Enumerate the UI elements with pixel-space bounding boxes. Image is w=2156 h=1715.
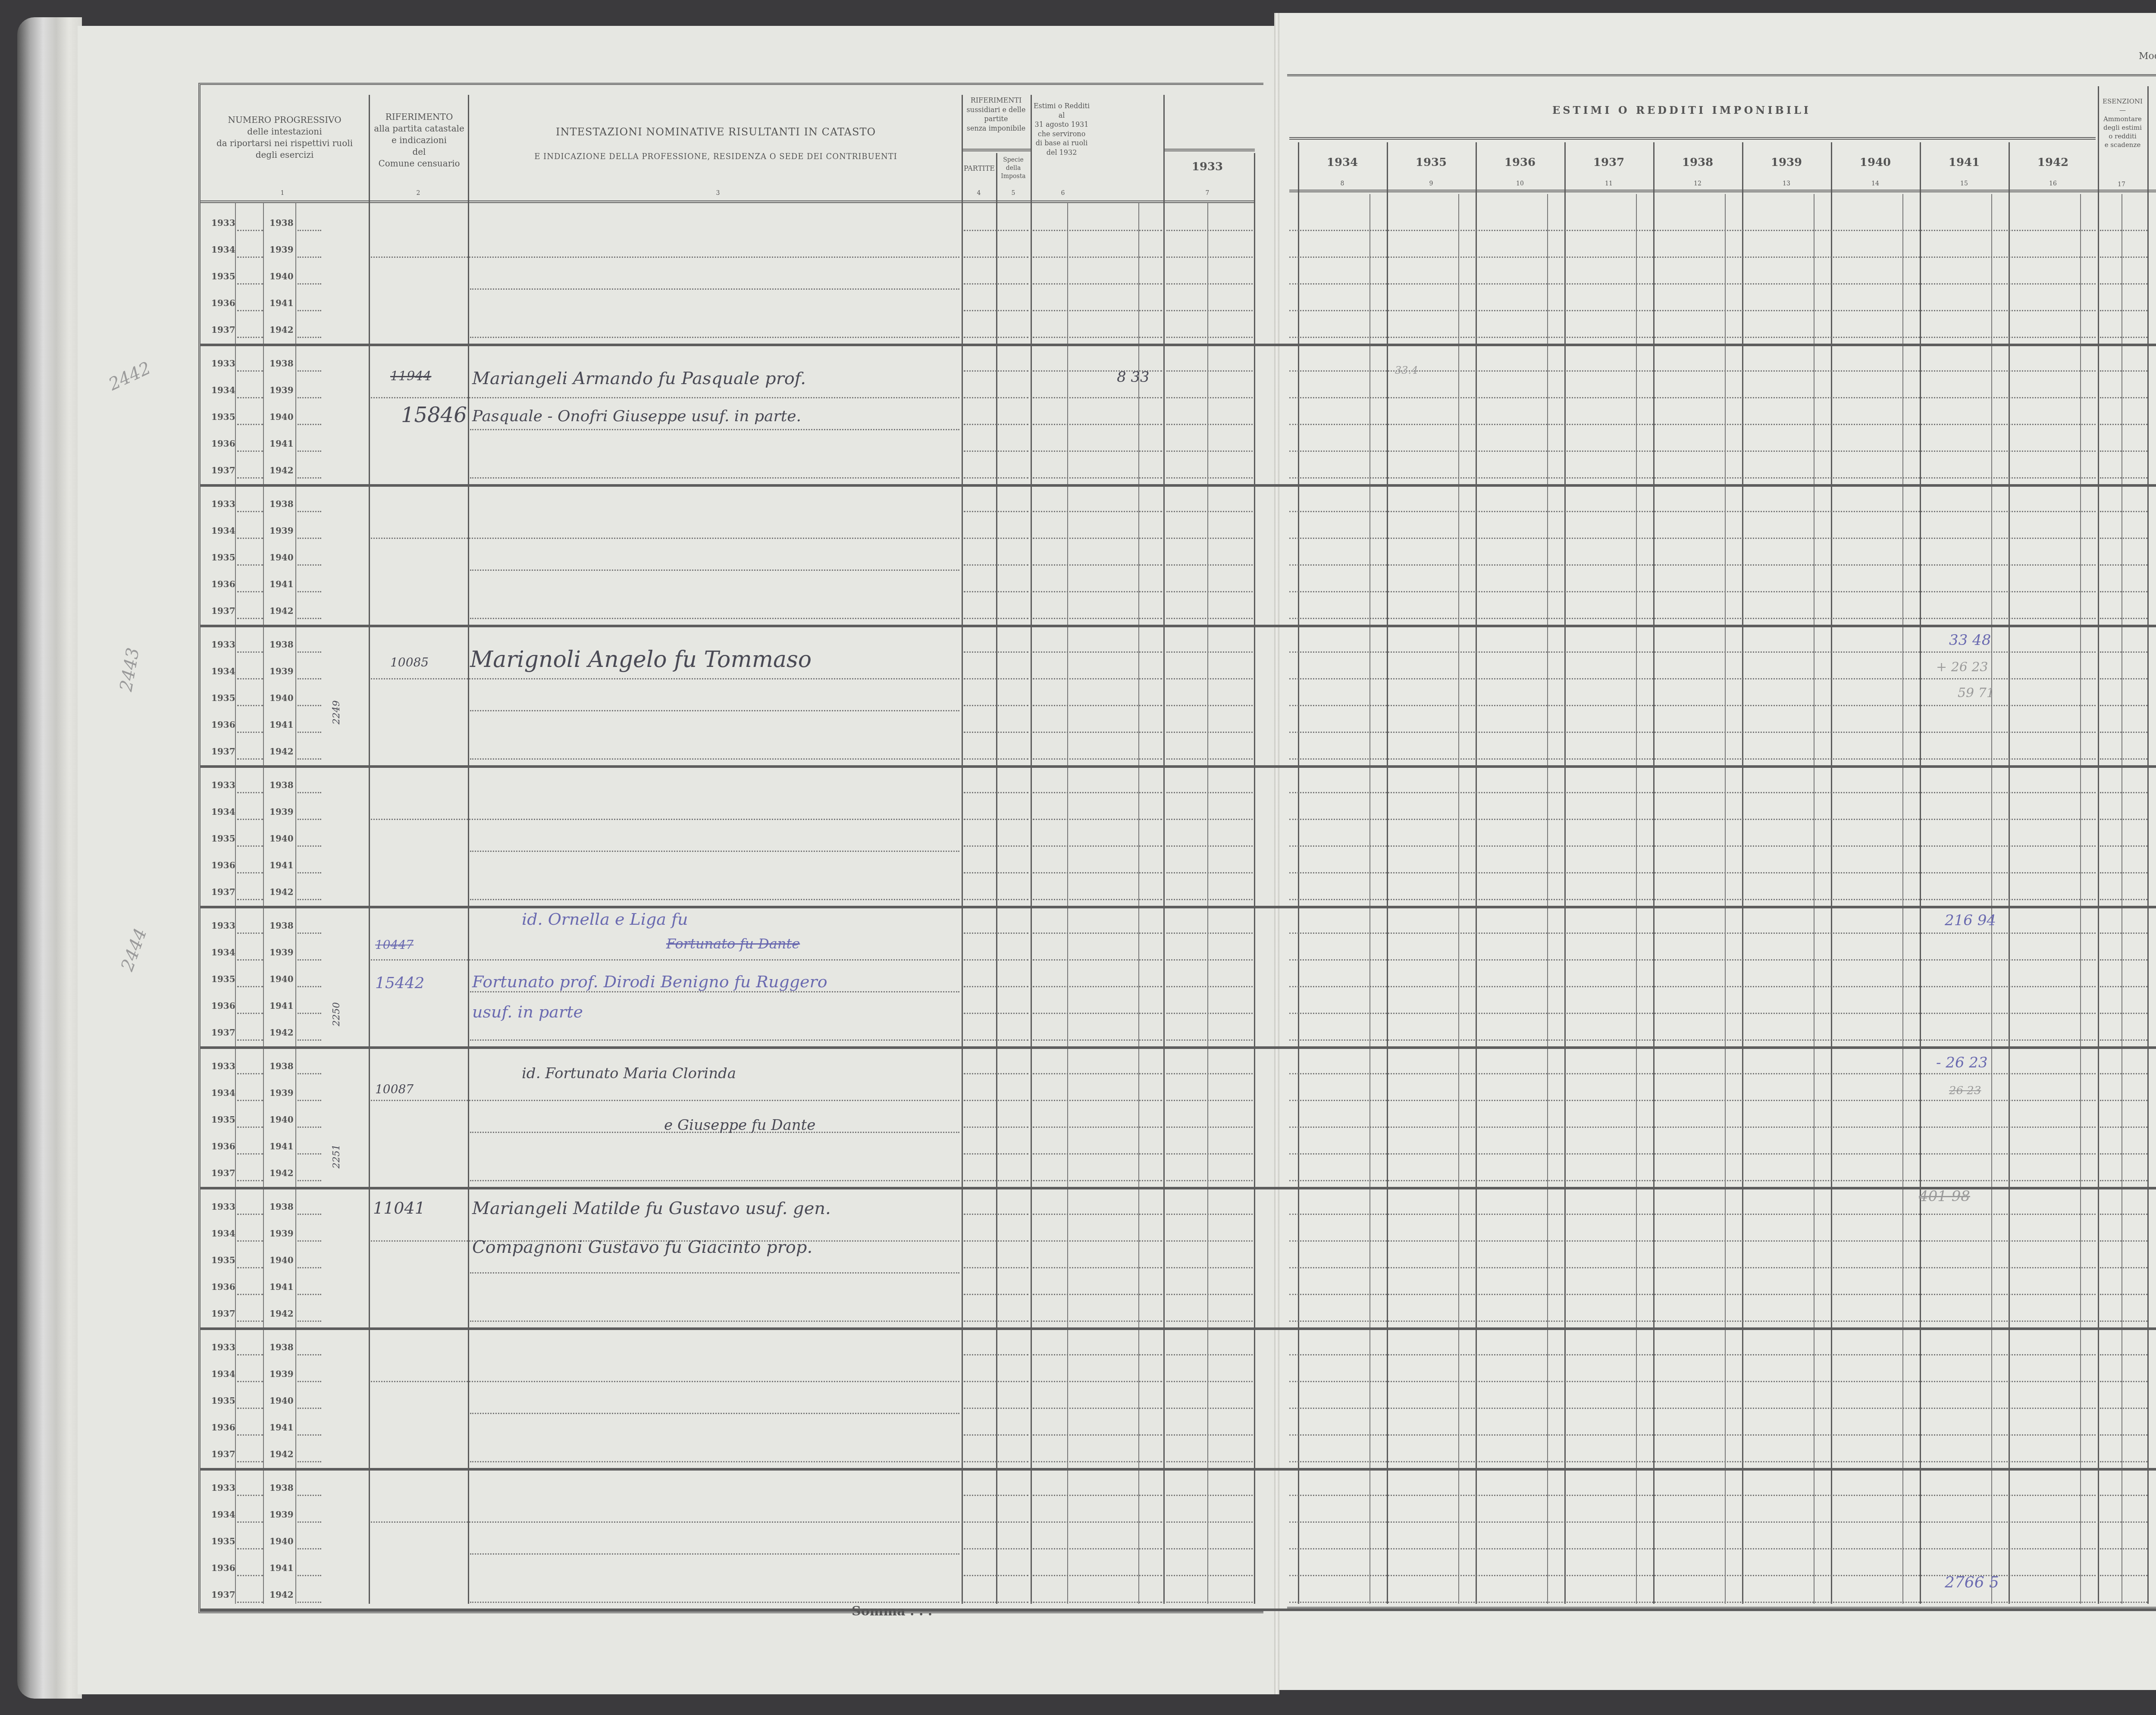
estimo-1941-total: 59 71 <box>1958 685 1995 701</box>
dotted-entry-line <box>371 397 959 398</box>
dotted-entry-line <box>1033 678 1162 679</box>
dotted-entry-line <box>237 705 263 706</box>
dotted-entry-line <box>2100 872 2147 873</box>
dotted-entry-line <box>298 1013 321 1014</box>
header-partite: PARTITE <box>962 164 996 173</box>
dotted-entry-line <box>237 283 263 285</box>
dotted-entry-line <box>237 1214 263 1215</box>
dotted-entry-line <box>237 591 263 592</box>
row-year-label: 1942 <box>269 1168 294 1178</box>
row-year-label: 1941 <box>269 579 294 589</box>
dotted-entry-line <box>2100 986 2147 987</box>
dotted-entry-line <box>2100 1153 2147 1155</box>
dotted-entry-line <box>1166 1073 1253 1074</box>
dotted-entry-line <box>1166 477 1253 479</box>
row-year-label: 1941 <box>269 1001 294 1011</box>
column-rule <box>263 203 264 1604</box>
dotted-entry-line <box>237 538 263 539</box>
dotted-entry-line <box>1166 678 1253 679</box>
row-year-label: 1936 <box>211 1563 235 1573</box>
dotted-entry-line <box>2100 1548 2147 1549</box>
dotted-entry-line <box>298 1039 321 1041</box>
riferimento-value: 15442 <box>375 974 425 992</box>
dotted-entry-line <box>964 564 1028 566</box>
estimo-1941-struck: 401 98 <box>1919 1188 1970 1205</box>
dotted-entry-line <box>371 819 959 820</box>
dotted-entry-line <box>298 986 321 987</box>
dotted-entry-line <box>1289 477 2096 479</box>
dotted-entry-line <box>298 370 321 372</box>
column-number: 14 <box>1869 180 1882 187</box>
dotted-entry-line <box>1033 1521 1162 1523</box>
entry-name-line: id. Fortunato Maria Clorinda <box>522 1065 736 1082</box>
row-year-label: 1940 <box>269 693 294 703</box>
row-year-label: 1942 <box>269 1027 294 1038</box>
dotted-entry-line <box>298 591 321 592</box>
dotted-entry-line <box>298 1294 321 1295</box>
dotted-entry-line <box>237 819 263 820</box>
dotted-entry-line <box>964 651 1028 653</box>
dotted-entry-line <box>964 1294 1028 1295</box>
dotted-entry-line <box>1033 792 1162 793</box>
header-col1: NUMERO PROGRESSIVO delle intestazioni da… <box>203 114 367 161</box>
row-year-label: 1938 <box>269 499 294 509</box>
dotted-entry-line <box>298 564 321 566</box>
dotted-entry-line <box>1289 451 2096 452</box>
dotted-entry-line <box>237 1321 263 1322</box>
side-reference: 2249 <box>331 701 342 725</box>
dotted-entry-line <box>964 845 1028 847</box>
dotted-entry-line <box>237 477 263 479</box>
row-year-label: 1939 <box>269 1509 294 1520</box>
row-year-label: 1937 <box>211 325 235 335</box>
dotted-entry-line <box>1289 283 2096 285</box>
dotted-entry-line <box>237 257 263 258</box>
subheader-rule <box>962 149 1031 152</box>
dotted-entry-line <box>470 1413 959 1414</box>
dotted-entry-line <box>964 511 1028 512</box>
dotted-entry-line <box>470 288 959 290</box>
dotted-entry-line <box>2100 1521 2147 1523</box>
dotted-entry-line <box>1033 618 1162 619</box>
header-col6-line: al <box>1031 111 1092 120</box>
dotted-entry-line <box>2100 1127 2147 1128</box>
dotted-entry-line <box>964 933 1028 934</box>
dotted-entry-line <box>1033 1039 1162 1041</box>
row-year-label: 1933 <box>211 780 235 790</box>
dotted-entry-line <box>2100 591 2147 592</box>
book-edge-left <box>17 17 82 1699</box>
dotted-entry-line <box>237 1013 263 1014</box>
header-year-1941: 1941 <box>1920 155 2009 170</box>
dotted-entry-line <box>964 986 1028 987</box>
dotted-entry-line <box>1289 1180 2096 1181</box>
header-riferimenti: RIFERIMENTI sussidiari e delle partite s… <box>962 96 1031 133</box>
header-riferimenti-title: RIFERIMENTI <box>962 96 1031 105</box>
dotted-entry-line <box>964 1434 1028 1436</box>
dotted-entry-line <box>1166 283 1253 285</box>
dotted-entry-line <box>1033 511 1162 512</box>
header-year-1935: 1935 <box>1387 155 1476 170</box>
column-number: 4 <box>972 190 985 197</box>
dotted-entry-line <box>1166 618 1253 619</box>
dotted-entry-line <box>1166 230 1253 231</box>
dotted-entry-line <box>298 1381 321 1382</box>
dotted-entry-line <box>1033 424 1162 425</box>
row-year-label: 1936 <box>211 720 235 730</box>
row-year-label: 1934 <box>211 807 235 817</box>
row-year-label: 1937 <box>211 1590 235 1600</box>
riferimento-struck: 11944 <box>390 369 431 384</box>
dotted-entry-line <box>470 1461 959 1462</box>
dotted-entry-line <box>237 564 263 566</box>
dotted-entry-line <box>1033 1240 1162 1242</box>
dotted-entry-line <box>1166 959 1253 961</box>
dotted-entry-line <box>1166 1214 1253 1215</box>
dotted-entry-line <box>237 1381 263 1382</box>
row-year-label: 1941 <box>269 1422 294 1433</box>
dotted-entry-line <box>1289 1548 2096 1549</box>
dotted-entry-line <box>298 933 321 934</box>
header-col2-line: del <box>372 146 467 158</box>
dotted-entry-line <box>371 1521 959 1523</box>
dotted-entry-line <box>1289 310 2096 311</box>
dotted-entry-line <box>237 1602 263 1603</box>
dotted-entry-line <box>1166 1294 1253 1295</box>
dotted-entry-line <box>2100 1381 2147 1382</box>
dotted-entry-line <box>1033 758 1162 760</box>
dotted-entry-line <box>2100 451 2147 452</box>
dotted-entry-line <box>298 283 321 285</box>
dotted-entry-line <box>1289 618 2096 619</box>
row-year-label: 1938 <box>269 639 294 650</box>
somma-label: Somma . . . <box>852 1604 932 1619</box>
row-year-label: 1933 <box>211 1202 235 1212</box>
dotted-entry-line <box>2100 959 2147 961</box>
dotted-entry-line <box>964 538 1028 539</box>
dotted-entry-line <box>1289 1240 2096 1242</box>
dotted-entry-line <box>2100 651 2147 653</box>
left-table-frame <box>198 83 1263 1613</box>
row-year-label: 1935 <box>211 1255 235 1265</box>
dotted-entry-line <box>2100 283 2147 285</box>
header-col2-line: e indicazioni <box>372 135 467 146</box>
dotted-entry-line <box>2100 564 2147 566</box>
dotted-entry-line <box>1166 732 1253 733</box>
dotted-entry-line <box>237 1240 263 1242</box>
dotted-entry-line <box>2100 845 2147 847</box>
dotted-entry-line <box>298 819 321 820</box>
subheader-rule <box>1164 149 1255 152</box>
row-year-label: 1942 <box>269 746 294 757</box>
dotted-entry-line <box>298 651 321 653</box>
dotted-entry-line <box>2100 337 2147 338</box>
header-year-1940: 1940 <box>1831 155 1920 170</box>
dotted-entry-line <box>1033 283 1162 285</box>
row-year-label: 1940 <box>269 552 294 563</box>
dotted-entry-line <box>1033 1267 1162 1268</box>
dotted-entry-line <box>298 1321 321 1322</box>
dotted-entry-line <box>964 872 1028 873</box>
row-year-label: 1936 <box>211 1282 235 1292</box>
row-year-label: 1939 <box>269 1369 294 1379</box>
dotted-entry-line <box>1289 819 2096 820</box>
header-year-1933: 1933 <box>1164 160 1250 175</box>
header-year-1939: 1939 <box>1742 155 1831 170</box>
row-year-label: 1934 <box>211 385 235 395</box>
dotted-entry-line <box>964 1321 1028 1322</box>
column-number: 17 <box>2115 181 2128 188</box>
dotted-entry-line <box>2100 257 2147 258</box>
dotted-entry-line <box>964 705 1028 706</box>
header-col6-line: di base ai ruoli <box>1031 138 1092 148</box>
column-rule <box>1163 95 1165 1604</box>
row-year-label: 1937 <box>211 887 235 897</box>
dotted-entry-line <box>1166 1039 1253 1041</box>
column-number: 8 <box>1336 180 1349 187</box>
dotted-entry-line <box>1166 424 1253 425</box>
dotted-entry-line <box>2100 1294 2147 1295</box>
dotted-entry-line <box>964 283 1028 285</box>
dotted-entry-line <box>964 1039 1028 1041</box>
estimo-1941-addition: + 26 23 <box>1936 660 1988 675</box>
dotted-entry-line <box>1033 732 1162 733</box>
dotted-entry-line <box>1289 1381 2096 1382</box>
dotted-entry-line <box>237 370 263 372</box>
dotted-entry-line <box>298 1153 321 1155</box>
dotted-entry-line <box>1289 257 2096 258</box>
dotted-entry-line <box>964 1521 1028 1523</box>
dotted-entry-line <box>1033 872 1162 873</box>
dotted-entry-line <box>371 257 959 258</box>
dotted-entry-line <box>1166 257 1253 258</box>
dotted-entry-line <box>964 678 1028 679</box>
dotted-entry-line <box>1033 1100 1162 1101</box>
dotted-entry-line <box>1033 651 1162 653</box>
row-year-label: 1935 <box>211 1114 235 1125</box>
dotted-entry-line <box>2100 1180 2147 1181</box>
dotted-entry-line <box>2100 1100 2147 1101</box>
dotted-entry-line <box>1289 1127 2096 1128</box>
dotted-entry-line <box>1166 1153 1253 1155</box>
row-year-label: 1936 <box>211 860 235 870</box>
dotted-entry-line <box>298 1240 321 1242</box>
dotted-entry-line <box>237 1461 263 1462</box>
dotted-entry-line <box>1166 1602 1253 1603</box>
esenzioni-title: ESENZIONI <box>2100 97 2145 106</box>
dotted-entry-line <box>1289 424 2096 425</box>
dotted-entry-line <box>964 1602 1028 1603</box>
dotted-entry-line <box>1289 591 2096 592</box>
entry-name-line: Marignoli Angelo fu Tommaso <box>470 647 812 673</box>
row-year-label: 1938 <box>269 1483 294 1493</box>
dotted-entry-line <box>1289 1073 2096 1074</box>
dotted-entry-line <box>2100 1073 2147 1074</box>
row-year-label: 1935 <box>211 693 235 703</box>
dotted-entry-line <box>964 1461 1028 1462</box>
dotted-entry-line <box>1289 872 2096 873</box>
dotted-entry-line <box>1289 1408 2096 1409</box>
dotted-entry-line <box>470 1602 959 1603</box>
dotted-entry-line <box>298 618 321 619</box>
column-rule <box>369 95 370 1604</box>
dotted-entry-line <box>1166 1321 1253 1322</box>
header-col6-line: del 1932 <box>1031 148 1092 157</box>
row-year-label: 1938 <box>269 1061 294 1071</box>
dotted-entry-line <box>237 678 263 679</box>
dotted-entry-line <box>298 1408 321 1409</box>
estimo-1941-value: - 26 23 <box>1936 1054 1988 1071</box>
entry-name-line: id. Ornella e Liga fu <box>522 910 688 929</box>
row-year-label: 1933 <box>211 218 235 228</box>
dotted-entry-line <box>964 451 1028 452</box>
side-reference: 2250 <box>331 1002 342 1026</box>
dotted-entry-line <box>964 424 1028 425</box>
dotted-entry-line <box>964 337 1028 338</box>
estimo-1941-struck: 26 23 <box>1949 1084 1981 1097</box>
dotted-entry-line <box>1166 1267 1253 1268</box>
row-year-label: 1941 <box>269 860 294 870</box>
dotted-entry-line <box>470 710 959 711</box>
dotted-entry-line <box>964 1408 1028 1409</box>
block-divider <box>201 1327 2156 1330</box>
dotted-entry-line <box>237 1354 263 1355</box>
dotted-entry-line <box>1289 564 2096 566</box>
dotted-entry-line <box>1166 370 1253 372</box>
dotted-entry-line <box>298 1100 321 1101</box>
block-divider <box>201 1468 2156 1471</box>
header-col6-line: 31 agosto 1931 <box>1031 120 1092 129</box>
dotted-entry-line <box>964 732 1028 733</box>
dotted-entry-line <box>470 1272 959 1274</box>
dotted-entry-line <box>298 1214 321 1215</box>
column-rule <box>1138 203 1139 1604</box>
esenzioni-dash: — <box>2100 106 2145 114</box>
header-year-1942: 1942 <box>2009 155 2097 170</box>
dotted-entry-line <box>1033 451 1162 452</box>
dotted-entry-line <box>2100 1434 2147 1436</box>
dotted-entry-line <box>964 1548 1028 1549</box>
row-year-label: 1936 <box>211 298 235 308</box>
dotted-entry-line <box>1166 872 1253 873</box>
header-col6-line: che servirono <box>1031 129 1092 139</box>
column-number: 9 <box>1425 180 1438 187</box>
dotted-entry-line <box>1289 1153 2096 1155</box>
dotted-entry-line <box>298 477 321 479</box>
dotted-entry-line <box>964 758 1028 760</box>
dotted-entry-line <box>1289 986 2096 987</box>
row-year-label: 1939 <box>269 1228 294 1239</box>
dotted-entry-line <box>964 1214 1028 1215</box>
header-specie-imposta: Specie della Imposta <box>997 156 1030 181</box>
dotted-entry-line <box>1289 1214 2096 1215</box>
row-year-label: 1940 <box>269 271 294 282</box>
riferimento-struck: 10447 <box>375 938 414 952</box>
dotted-entry-line <box>1166 986 1253 987</box>
dotted-entry-line <box>1166 1434 1253 1436</box>
dotted-entry-line <box>1033 899 1162 900</box>
dotted-entry-line <box>964 257 1028 258</box>
dotted-entry-line <box>1033 591 1162 592</box>
dotted-entry-line <box>237 1153 263 1155</box>
dotted-entry-line <box>2100 678 2147 679</box>
dotted-entry-line <box>1289 1495 2096 1496</box>
subheader-rule <box>1289 137 2096 141</box>
row-year-label: 1934 <box>211 1228 235 1239</box>
dotted-entry-line <box>1033 1548 1162 1549</box>
dotted-entry-line <box>1289 1100 2096 1101</box>
row-year-label: 1940 <box>269 1255 294 1265</box>
dotted-entry-line <box>964 819 1028 820</box>
dotted-entry-line <box>298 1127 321 1128</box>
dotted-entry-line <box>1289 959 2096 961</box>
dotted-entry-line <box>1289 1521 2096 1523</box>
dotted-entry-line <box>237 959 263 961</box>
dotted-entry-line <box>2100 1267 2147 1268</box>
dotted-entry-line <box>964 230 1028 231</box>
dotted-entry-line <box>298 337 321 338</box>
dotted-entry-line <box>964 1495 1028 1496</box>
total-1941-value: 2766 5 <box>1945 1574 1999 1591</box>
riferimento-value: 10085 <box>390 655 429 670</box>
dotted-entry-line <box>237 1180 263 1181</box>
dotted-entry-line <box>964 618 1028 619</box>
dotted-entry-line <box>1166 792 1253 793</box>
column-number: 13 <box>1780 180 1793 187</box>
dotted-entry-line <box>1166 310 1253 311</box>
dotted-entry-line <box>1289 732 2096 733</box>
row-year-label: 1938 <box>269 218 294 228</box>
dotted-entry-line <box>237 230 263 231</box>
header-col3-subtitle: E INDICAZIONE DELLA PROFESSIONE, RESIDEN… <box>470 152 962 162</box>
form-title: Mod. 111 - Imposte Dirette (Intercalare)… <box>2139 51 2156 62</box>
dotted-entry-line <box>964 591 1028 592</box>
dotted-entry-line <box>1166 1354 1253 1355</box>
riferimento-value: 10087 <box>375 1082 414 1096</box>
dotted-entry-line <box>470 851 959 852</box>
dotted-entry-line <box>964 1127 1028 1128</box>
dotted-entry-line <box>2100 1214 2147 1215</box>
row-year-label: 1934 <box>211 947 235 958</box>
dotted-entry-line <box>298 1073 321 1074</box>
dotted-entry-line <box>1166 705 1253 706</box>
dotted-entry-line <box>1289 1461 2096 1462</box>
row-year-label: 1937 <box>211 1027 235 1038</box>
row-year-label: 1937 <box>211 746 235 757</box>
row-year-label: 1936 <box>211 1422 235 1433</box>
dotted-entry-line <box>298 1521 321 1523</box>
dotted-entry-line <box>237 618 263 619</box>
column-number: 11 <box>1602 180 1615 187</box>
row-year-label: 1939 <box>269 807 294 817</box>
row-year-label: 1940 <box>269 1114 294 1125</box>
dotted-entry-line <box>1033 1127 1162 1128</box>
dotted-entry-line <box>1289 1039 2096 1041</box>
dotted-entry-line <box>298 538 321 539</box>
dotted-entry-line <box>964 1240 1028 1242</box>
dotted-entry-line <box>964 1100 1028 1101</box>
dotted-entry-line <box>1166 337 1253 338</box>
dotted-entry-line <box>2100 758 2147 760</box>
dotted-entry-line <box>1289 758 2096 760</box>
dotted-entry-line <box>371 959 959 961</box>
dotted-entry-line <box>237 1267 263 1268</box>
dotted-entry-line <box>371 538 959 539</box>
right-table-frame <box>1287 74 2156 1609</box>
dotted-entry-line <box>298 1548 321 1549</box>
row-year-label: 1935 <box>211 271 235 282</box>
row-year-label: 1934 <box>211 244 235 255</box>
